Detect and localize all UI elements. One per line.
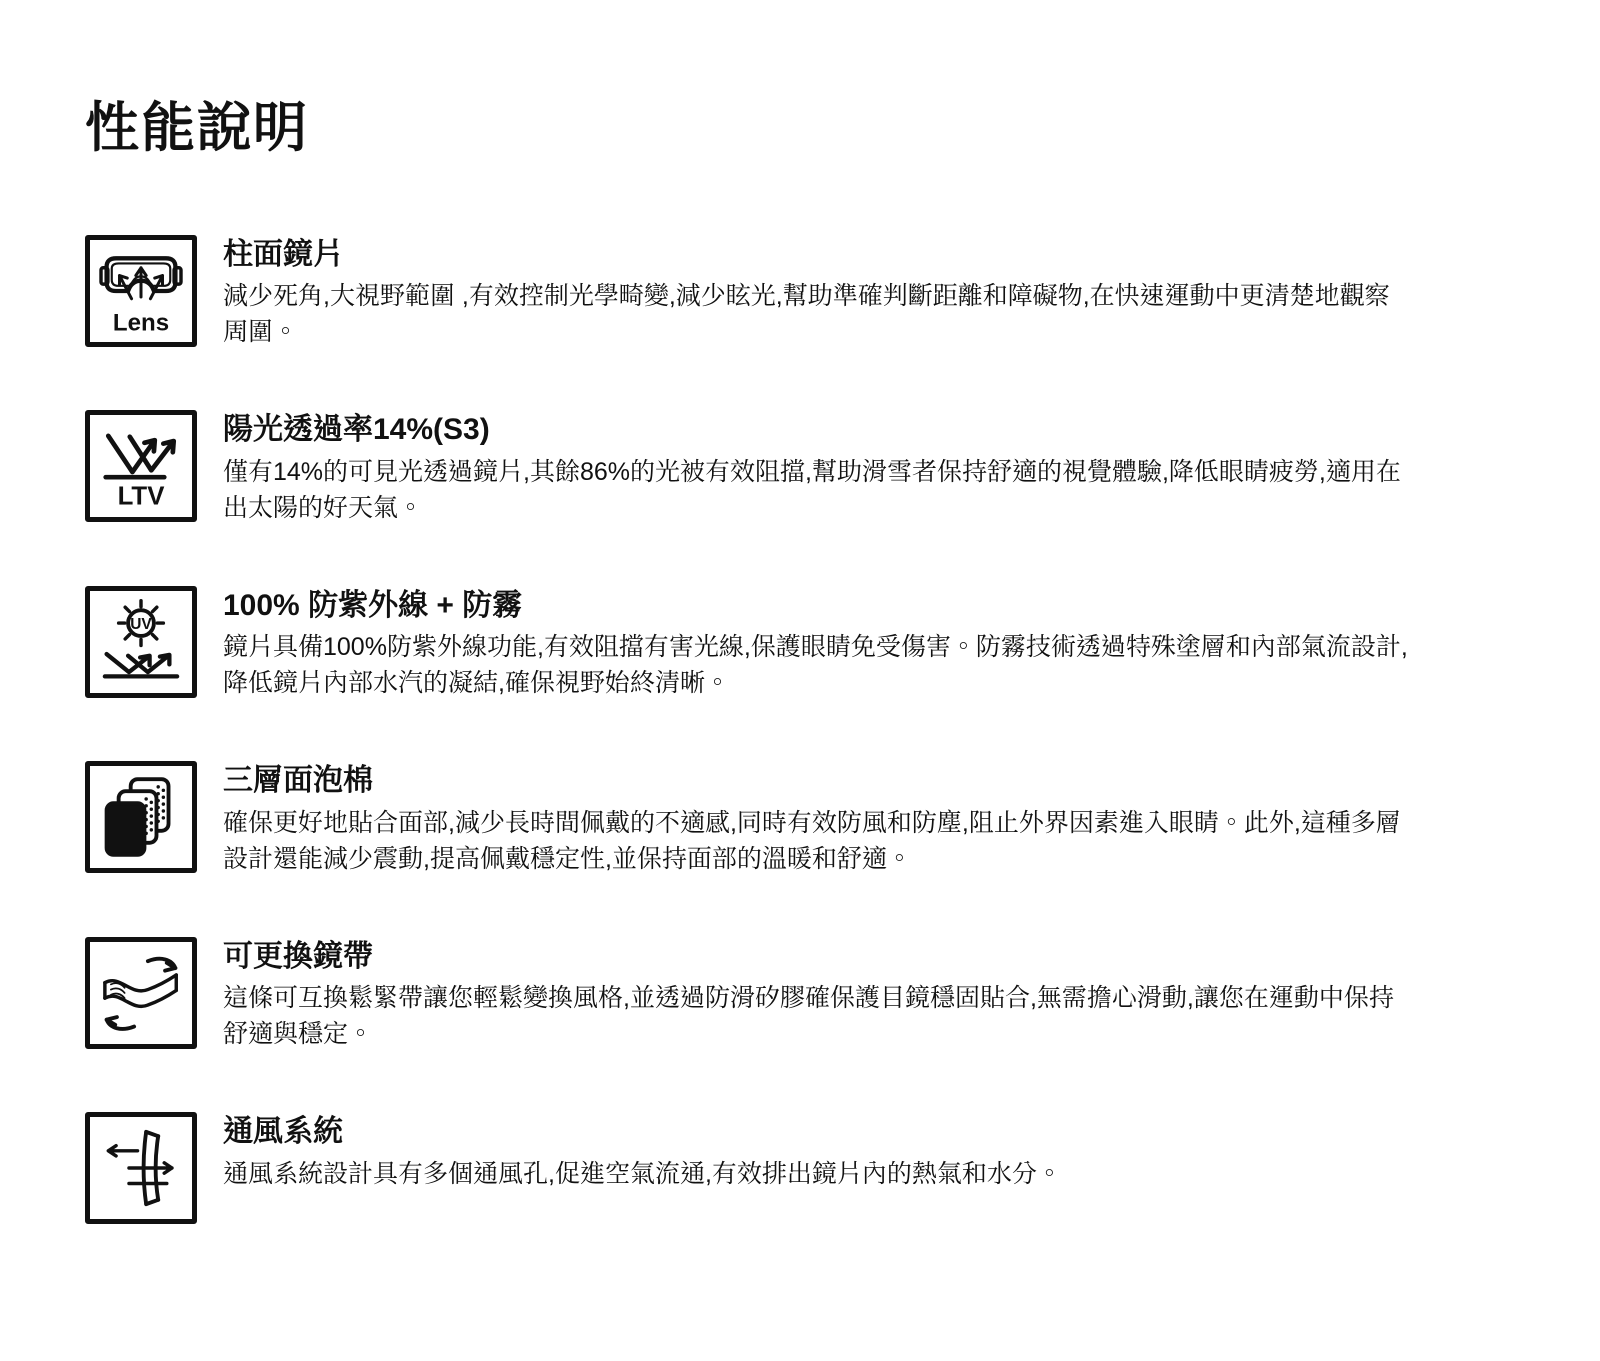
icon-frame: [85, 1112, 197, 1224]
icon-frame: [85, 761, 197, 873]
feature-uv-antifog: UV 100% 防紫外線 + 防霧: [85, 586, 1500, 702]
feature-triple-foam: 三層面泡棉 確保更好地貼合面部,減少長時間佩戴的不適感,同時有效防風和防塵,阻止…: [85, 761, 1500, 877]
feature-text: 可更換鏡帶 這條可互換鬆緊帶讓您輕鬆變換風格,並透過防滑矽膠確保護目鏡穩固貼合,…: [223, 937, 1413, 1053]
feature-text: 陽光透過率14%(S3) 僅有14%的可見光透過鏡片,其餘86%的光被有效阻擋,…: [223, 410, 1413, 526]
ltv-icon-label: LTV: [118, 483, 166, 509]
feature-title: 柱面鏡片: [223, 236, 1413, 274]
performance-description-page: 性能說明 Lens 柱面鏡片: [0, 0, 1600, 1224]
feature-ventilation: 通風系統 通風系統設計具有多個通風孔,促進空氣流通,有效排出鏡片內的熱氣和水分。: [85, 1112, 1500, 1224]
icon-frame: UV: [85, 586, 197, 698]
feature-title: 三層面泡棉: [223, 762, 1413, 800]
feature-text: 100% 防紫外線 + 防霧 鏡片具備100%防紫外線功能,有效阻擋有害光線,保…: [223, 586, 1413, 702]
feature-cylindrical-lens: Lens 柱面鏡片 減少死角,大視野範圍 ,有效控制光學畸變,減少眩光,幫助準確…: [85, 235, 1500, 351]
goggles-lens-icon: Lens: [98, 248, 184, 334]
feature-text: 柱面鏡片 減少死角,大視野範圍 ,有效控制光學畸變,減少眩光,幫助準確判斷距離和…: [223, 235, 1413, 351]
feature-title: 陽光透過率14%(S3): [223, 411, 1413, 449]
feature-title: 可更換鏡帶: [223, 938, 1413, 976]
interchangeable-strap-icon: [98, 950, 184, 1036]
feature-title: 通風系統: [223, 1113, 1062, 1151]
feature-description: 這條可互換鬆緊帶讓您輕鬆變換風格,並透過防滑矽膠確保護目鏡穩固貼合,無需擔心滑動…: [223, 980, 1413, 1052]
icon-frame: [85, 937, 197, 1049]
feature-description: 確保更好地貼合面部,減少長時間佩戴的不適感,同時有效防風和防塵,阻止外界因素進入…: [223, 805, 1413, 877]
icon-frame: LTV: [85, 410, 197, 522]
feature-text: 三層面泡棉 確保更好地貼合面部,減少長時間佩戴的不適感,同時有效防風和防塵,阻止…: [223, 761, 1413, 877]
feature-description: 減少死角,大視野範圍 ,有效控制光學畸變,減少眩光,幫助準確判斷距離和障礙物,在…: [223, 278, 1413, 350]
uv-icon-label: UV: [130, 616, 152, 633]
ventilation-icon: [98, 1125, 184, 1211]
icon-frame: Lens: [85, 235, 197, 347]
feature-description: 僅有14%的可見光透過鏡片,其餘86%的光被有效阻擋,幫助滑雪者保持舒適的視覺體…: [223, 454, 1413, 526]
feature-description: 鏡片具備100%防紫外線功能,有效阻擋有害光線,保護眼睛免受傷害。防霧技術透過特…: [223, 629, 1413, 701]
feature-description: 通風系統設計具有多個通風孔,促進空氣流通,有效排出鏡片內的熱氣和水分。: [223, 1156, 1062, 1192]
feature-strap: 可更換鏡帶 這條可互換鬆緊帶讓您輕鬆變換風格,並透過防滑矽膠確保護目鏡穩固貼合,…: [85, 937, 1500, 1053]
triple-layer-foam-icon: [98, 774, 184, 860]
page-title: 性能說明: [85, 96, 1500, 161]
feature-title: 100% 防紫外線 + 防霧: [223, 587, 1413, 625]
light-transmission-icon: LTV: [98, 423, 184, 509]
lens-icon-label: Lens: [113, 309, 169, 333]
feature-light-transmission: LTV 陽光透過率14%(S3) 僅有14%的可見光透過鏡片,其餘86%的光被有…: [85, 410, 1500, 526]
feature-text: 通風系統 通風系統設計具有多個通風孔,促進空氣流通,有效排出鏡片內的熱氣和水分。: [223, 1112, 1062, 1192]
uv-protection-icon: UV: [98, 599, 184, 685]
